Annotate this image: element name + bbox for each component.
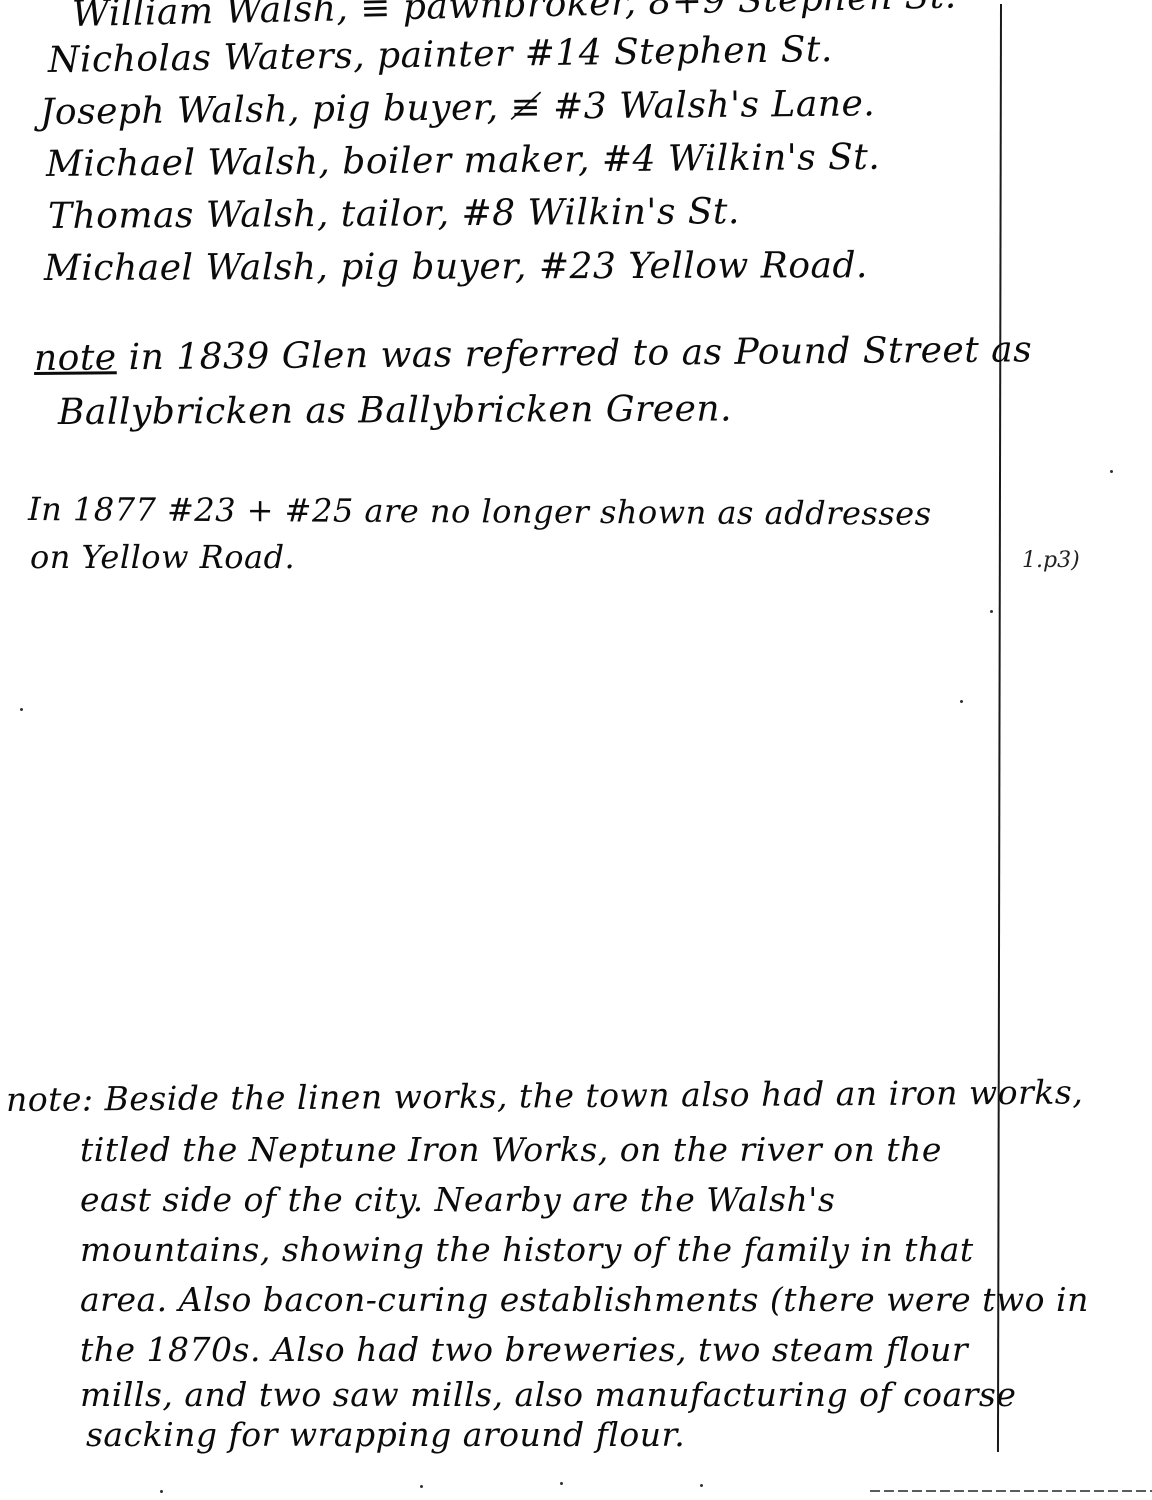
entry-line-5: Thomas Walsh, tailor, #8 Wilkin's St.: [48, 191, 740, 237]
entry-line-4: Michael Walsh, boiler maker, #4 Wilkin's…: [46, 137, 881, 185]
margin-rule-line: [997, 4, 1002, 1452]
margin-scribble: 1.p3): [1022, 548, 1080, 573]
scan-speck: [560, 1482, 563, 1485]
handwritten-page: William Walsh, ≡ pawnbroker, 8+9 Stephen…: [0, 0, 1152, 1500]
note-label: note: [34, 337, 117, 379]
scan-speck: [20, 708, 23, 711]
note-iron-text-1: Beside the linen works, the town also ha…: [104, 1072, 1083, 1118]
note-1839-text-1: in 1839 Glen was referred to as Pound St…: [128, 329, 1032, 378]
scan-speck: [700, 1484, 703, 1487]
note-iron-line-4: mountains, showing the history of the fa…: [80, 1230, 974, 1269]
scan-artifact-rule: [870, 1490, 1152, 1492]
note-iron-line-8: sacking for wrapping around flour.: [86, 1415, 685, 1454]
entry-line-3: Joseph Walsh, pig buyer, ≢ #3 Walsh's La…: [40, 83, 876, 133]
note-1839-line-2: Ballybricken as Ballybricken Green.: [58, 388, 732, 433]
scan-speck: [960, 700, 963, 703]
note-iron-line-5: area. Also bacon-curing establishments (…: [80, 1280, 1089, 1319]
note-iron-line-1: note: Beside the linen works, the town a…: [6, 1072, 1084, 1119]
entry-line-6: Michael Walsh, pig buyer, #23 Yellow Roa…: [44, 245, 868, 289]
note-iron-line-6: the 1870s. Also had two breweries, two s…: [80, 1330, 968, 1369]
note-1839-line-1: note in 1839 Glen was referred to as Pou…: [34, 329, 1032, 379]
entry-line-2: Nicholas Waters, painter #14 Stephen St.: [48, 29, 833, 81]
note-1877-line-1: In 1877 #23 + #25 are no longer shown as…: [28, 490, 932, 533]
scan-speck: [420, 1485, 423, 1488]
note-1877-line-2: on Yellow Road.: [30, 538, 295, 576]
note-iron-line-2: titled the Neptune Iron Works, on the ri…: [80, 1130, 942, 1169]
note-iron-line-3: east side of the city. Nearby are the Wa…: [80, 1180, 835, 1219]
note-label: note:: [6, 1079, 94, 1119]
note-iron-line-7: mills, and two saw mills, also manufactu…: [80, 1375, 1016, 1414]
scan-speck: [160, 1490, 163, 1493]
scan-speck: [990, 610, 993, 613]
scan-speck: [1110, 470, 1113, 473]
